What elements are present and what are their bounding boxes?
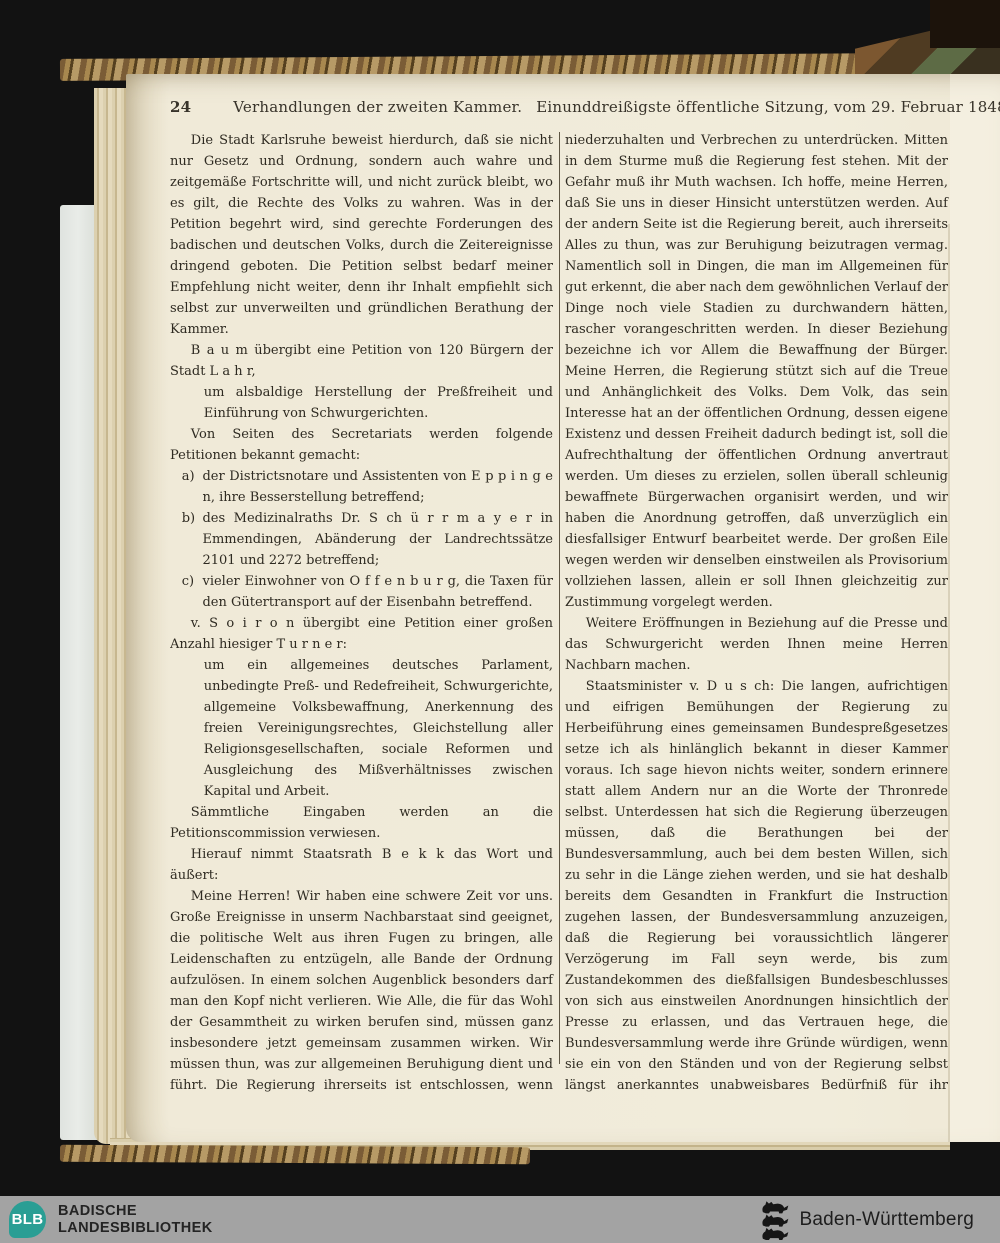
scanned-page: 24 Verhandlungen der zweiten Kammer. Ein… <box>126 74 1000 1142</box>
paragraph-bekk-speech-continued: niederzuhalten und Verbrechen zu unterdr… <box>565 130 948 613</box>
petition-item-text: des Medizinalraths Dr. S ch ü r r m a y … <box>202 508 553 571</box>
scan-viewer: 24 Verhandlungen der zweiten Kammer. Ein… <box>0 0 1000 1243</box>
paragraph-weitere: Weitere Eröffnungen in Beziehung auf die… <box>565 613 948 676</box>
baden-wuerttemberg-coat-of-arms-icon <box>760 1200 790 1240</box>
book-cover-marble-bottom <box>60 1145 530 1164</box>
paragraph-secretariat: Von Seiten des Secretariats werden folge… <box>170 424 553 466</box>
page-number: 24 <box>170 98 191 116</box>
library-name-line1: BADISCHE <box>58 1203 213 1220</box>
page-edge-stack-tan <box>94 88 130 1144</box>
running-header: 24 Verhandlungen der zweiten Kammer. Ein… <box>170 98 954 116</box>
paragraph-petition-baum: B a u m übergibt eine Petition von 120 B… <box>170 340 553 382</box>
paragraph-soiron: v. S o i r o n übergibt eine Petition ei… <box>170 613 553 655</box>
page-content: 24 Verhandlungen der zweiten Kammer. Ein… <box>170 98 954 1092</box>
petition-item-b: b) des Medizinalraths Dr. S ch ü r r m a… <box>182 508 553 571</box>
paragraph-commission: Sämmtliche Eingaben werden an die Petiti… <box>170 802 553 844</box>
petition-item-text: vieler Einwohner von O f f e n b u r g, … <box>202 571 553 613</box>
blb-logo-icon: BLB <box>9 1201 46 1238</box>
column-divider-rule <box>559 132 560 1064</box>
petition-item-label: c) <box>182 571 203 613</box>
facing-page-sliver <box>950 74 1000 1142</box>
header-title: Verhandlungen der zweiten Kammer. <box>233 98 522 116</box>
library-name: BADISCHE LANDESBIBLIOTHEK <box>58 1203 213 1237</box>
paragraph: Die Stadt Karlsruhe beweist hierdurch, d… <box>170 130 553 340</box>
footer-library-branding: BLB BADISCHE LANDESBIBLIOTHEK <box>9 1201 213 1238</box>
book-photograph: 24 Verhandlungen der zweiten Kammer. Ein… <box>0 0 1000 1196</box>
paragraph-bekk-speech: Meine Herren! Wir haben eine schwere Zei… <box>170 886 553 1092</box>
library-name-line2: LANDESBIBLIOTHEK <box>58 1220 213 1237</box>
book-spine <box>930 0 1000 48</box>
column-left: Die Stadt Karlsruhe beweist hierdurch, d… <box>170 130 553 1092</box>
state-name: Baden-Württemberg <box>800 1209 974 1231</box>
text-columns: Die Stadt Karlsruhe beweist hierdurch, d… <box>170 130 954 1092</box>
paragraph-bekk-intro: Hierauf nimmt Staatsrath B e k k das Wor… <box>170 844 553 886</box>
paragraph-petition-purpose: um alsbaldige Herstellung der Preßfreihe… <box>204 382 553 424</box>
petition-item-text: der Districtsnotare und Assistenten von … <box>202 466 553 508</box>
petition-item-c: c) vieler Einwohner von O f f e n b u r … <box>182 571 553 613</box>
petition-item-label: a) <box>182 466 203 508</box>
paragraph-dusch-speech: Staatsminister v. D u s ch: Die langen, … <box>565 676 948 1092</box>
header-session: Einunddreißigste öffentliche Sitzung, vo… <box>536 98 1000 116</box>
petition-item-a: a) der Districtsnotare und Assistenten v… <box>182 466 553 508</box>
paragraph-turner-demands: um ein allgemeines deutsches Parlament, … <box>204 655 553 802</box>
petition-item-label: b) <box>182 508 203 571</box>
column-right: niederzuhalten und Verbrechen zu unterdr… <box>565 130 948 1092</box>
footer-state-branding: Baden-Württemberg <box>760 1200 974 1240</box>
library-footer-bar: BLB BADISCHE LANDESBIBLIOTHEK Baden-Würt… <box>0 1196 1000 1243</box>
